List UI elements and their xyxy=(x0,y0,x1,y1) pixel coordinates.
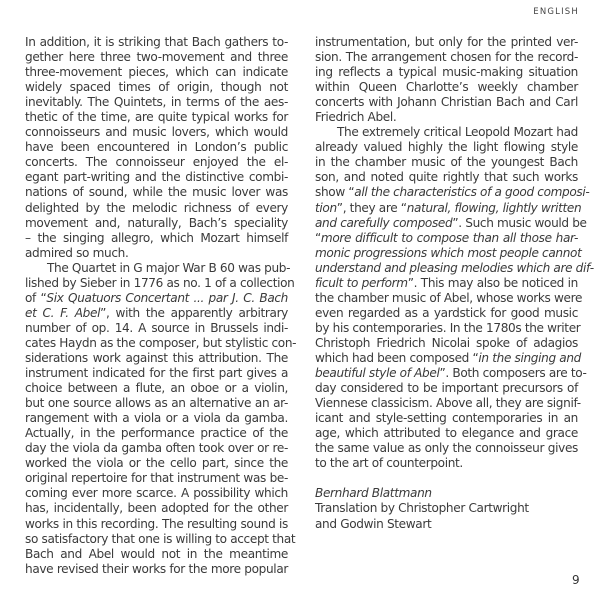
text-line: day considered to be important precursor… xyxy=(315,381,578,396)
text-line: by his contemporaries. In the 1780s the … xyxy=(315,321,578,336)
text-line: “more difficult to compose than all thos… xyxy=(315,231,578,246)
section-label: ENGLISH xyxy=(533,7,579,17)
text-line: instrumentation, but only for the printe… xyxy=(315,35,578,50)
text-line: worked the viola or the cello part, sinc… xyxy=(25,456,288,471)
translation-credit-line-2: and Godwin Stewart xyxy=(315,517,578,532)
text-line: rangement with a viola or a viola da gam… xyxy=(25,411,288,426)
text-line: The extremely critical Leopold Mozart ha… xyxy=(315,125,578,140)
text-line: to the art of counterpoint. xyxy=(315,456,578,471)
quoted-italic: natural, flowing, lightly written xyxy=(407,201,582,215)
text-line: et C. F. Abel”, with the apparently arbi… xyxy=(25,306,288,321)
text-line: beautiful style of Abel”. Both composers… xyxy=(315,366,578,381)
text-line: inevitably. The Quintets, in terms of th… xyxy=(25,95,288,110)
text-line: In addition, it is striking that Bach ga… xyxy=(25,35,288,50)
translation-credit-line-1: Translation by Christopher Cartwright xyxy=(315,501,578,516)
left-text-column: In addition, it is striking that Bach ga… xyxy=(25,35,288,577)
text-line: instrument indicated for the first part … xyxy=(25,366,288,381)
text-line: has, incidentally, been adopted for the … xyxy=(25,501,288,516)
text-line: choice between a flute, an oboe or a vio… xyxy=(25,381,288,396)
text-line: age, which attributed to elegance and gr… xyxy=(315,426,578,441)
text-line: cates Haydn as the composer, but stylist… xyxy=(25,336,288,351)
text-line: siderations work against this attributio… xyxy=(25,351,288,366)
text-line: delighted by the melodic richness of eve… xyxy=(25,201,288,216)
text-line: have been encountered in London’s public xyxy=(25,140,288,155)
text-line: egant part-writing and the distinctive c… xyxy=(25,170,288,185)
quoted-italic: beautiful style of Abel xyxy=(315,366,439,380)
text-line: Friedrich Abel. xyxy=(315,110,578,125)
text-line: the chamber music of Abel, whose works w… xyxy=(315,291,578,306)
text-line: which had been composed “in the singing … xyxy=(315,351,578,366)
text-line: admired so much. xyxy=(25,246,288,261)
text-line: number of op. 14. A source in Brussels i… xyxy=(25,321,288,336)
text-line: in the chamber music of the youngest Bac… xyxy=(315,155,578,170)
quoted-italic: ficult to perform xyxy=(315,276,408,290)
text-line: already valued highly the light flowing … xyxy=(315,140,578,155)
text-line: Christoph Friedrich Nicolai spoke of ada… xyxy=(315,336,578,351)
text-line: day the viola da gamba often took over o… xyxy=(25,441,288,456)
text-line: within Queen Charlotte’s weekly chamber xyxy=(315,80,578,95)
quoted-italic: more difficult to compose than all those… xyxy=(321,231,578,245)
text-line: son, and noted quite rightly that such w… xyxy=(315,170,578,185)
quoted-italic: in the singing and xyxy=(478,351,581,365)
text-line: lished by Sieber in 1776 as no. 1 of a c… xyxy=(25,276,288,291)
text-line: works in this recording. The resulting s… xyxy=(25,517,288,532)
text-line: coming ever more scarce. A possibility w… xyxy=(25,486,288,501)
text-line: tion”, they are “natural, flowing, light… xyxy=(315,201,578,216)
right-text-column: instrumentation, but only for the printe… xyxy=(315,35,578,532)
text-line: of “Six Quatuors Concertant ... par J. C… xyxy=(25,291,288,306)
text-line: even regarded as a yardstick for good mu… xyxy=(315,306,578,321)
quoted-italic: and carefully composed xyxy=(315,216,452,230)
text-line: nations of sound, while the music lover … xyxy=(25,185,288,200)
text-line: ing reflects a typical music-making situ… xyxy=(315,65,578,80)
quoted-italic: tion xyxy=(315,201,337,215)
spacer xyxy=(315,471,578,486)
text-line: Bach and Abel would not in the meantime xyxy=(25,547,288,562)
quoted-italic: et C. F. Abel xyxy=(25,306,100,320)
author-signature: Bernhard Blattmann xyxy=(315,486,578,501)
text-line: so satisfactory that one is willing to a… xyxy=(25,532,288,547)
text-line: Actually, in the performance practice of… xyxy=(25,426,288,441)
text-line: movement and, naturally, Bach’s speciali… xyxy=(25,216,288,231)
quoted-italic: all the characteristics of a good compos… xyxy=(354,185,589,199)
text-line: show “all the characteristics of a good … xyxy=(315,185,578,200)
text-line: have revised their works for the more po… xyxy=(25,562,288,577)
page-number: 9 xyxy=(572,573,580,587)
text-line: widely spaced times of origin, though no… xyxy=(25,80,288,95)
text-line: thetic of the time, are quite typical wo… xyxy=(25,110,288,125)
text-line: monic progressions which most people can… xyxy=(315,246,578,261)
text-line: – the singing allegro, which Mozart hims… xyxy=(25,231,288,246)
text-line: ficult to perform”. This may also be not… xyxy=(315,276,578,291)
text-line: but one source allows as an alternative … xyxy=(25,396,288,411)
text-line: gether here three two-movement and three xyxy=(25,50,288,65)
text-line: concerts with Johann Christian Bach and … xyxy=(315,95,578,110)
text-line: original repertoire for that instrument … xyxy=(25,471,288,486)
text-line: Viennese classicism. Above all, they are… xyxy=(315,396,578,411)
text-line: sion. The arrangement chosen for the rec… xyxy=(315,50,578,65)
text-line: The Quartet in G major War B 60 was pub- xyxy=(25,261,288,276)
text-line: three-movement pieces, which can indicat… xyxy=(25,65,288,80)
text-line: and carefully composed”. Such music woul… xyxy=(315,216,578,231)
quoted-italic: Six Quatuors Concertant ... par J. C. Ba… xyxy=(46,291,288,305)
text-line: icant and style-setting contemporaries i… xyxy=(315,411,578,426)
quoted-italic: understand and pleasing melodies which a… xyxy=(315,261,594,275)
text-line: understand and pleasing melodies which a… xyxy=(315,261,578,276)
text-line: the same value as only the connoisseur g… xyxy=(315,441,578,456)
text-line: connoisseurs and music lovers, which wou… xyxy=(25,125,288,140)
text-line: concerts. The connoisseur enjoyed the el… xyxy=(25,155,288,170)
quoted-italic: monic progressions which most people can… xyxy=(315,246,581,260)
